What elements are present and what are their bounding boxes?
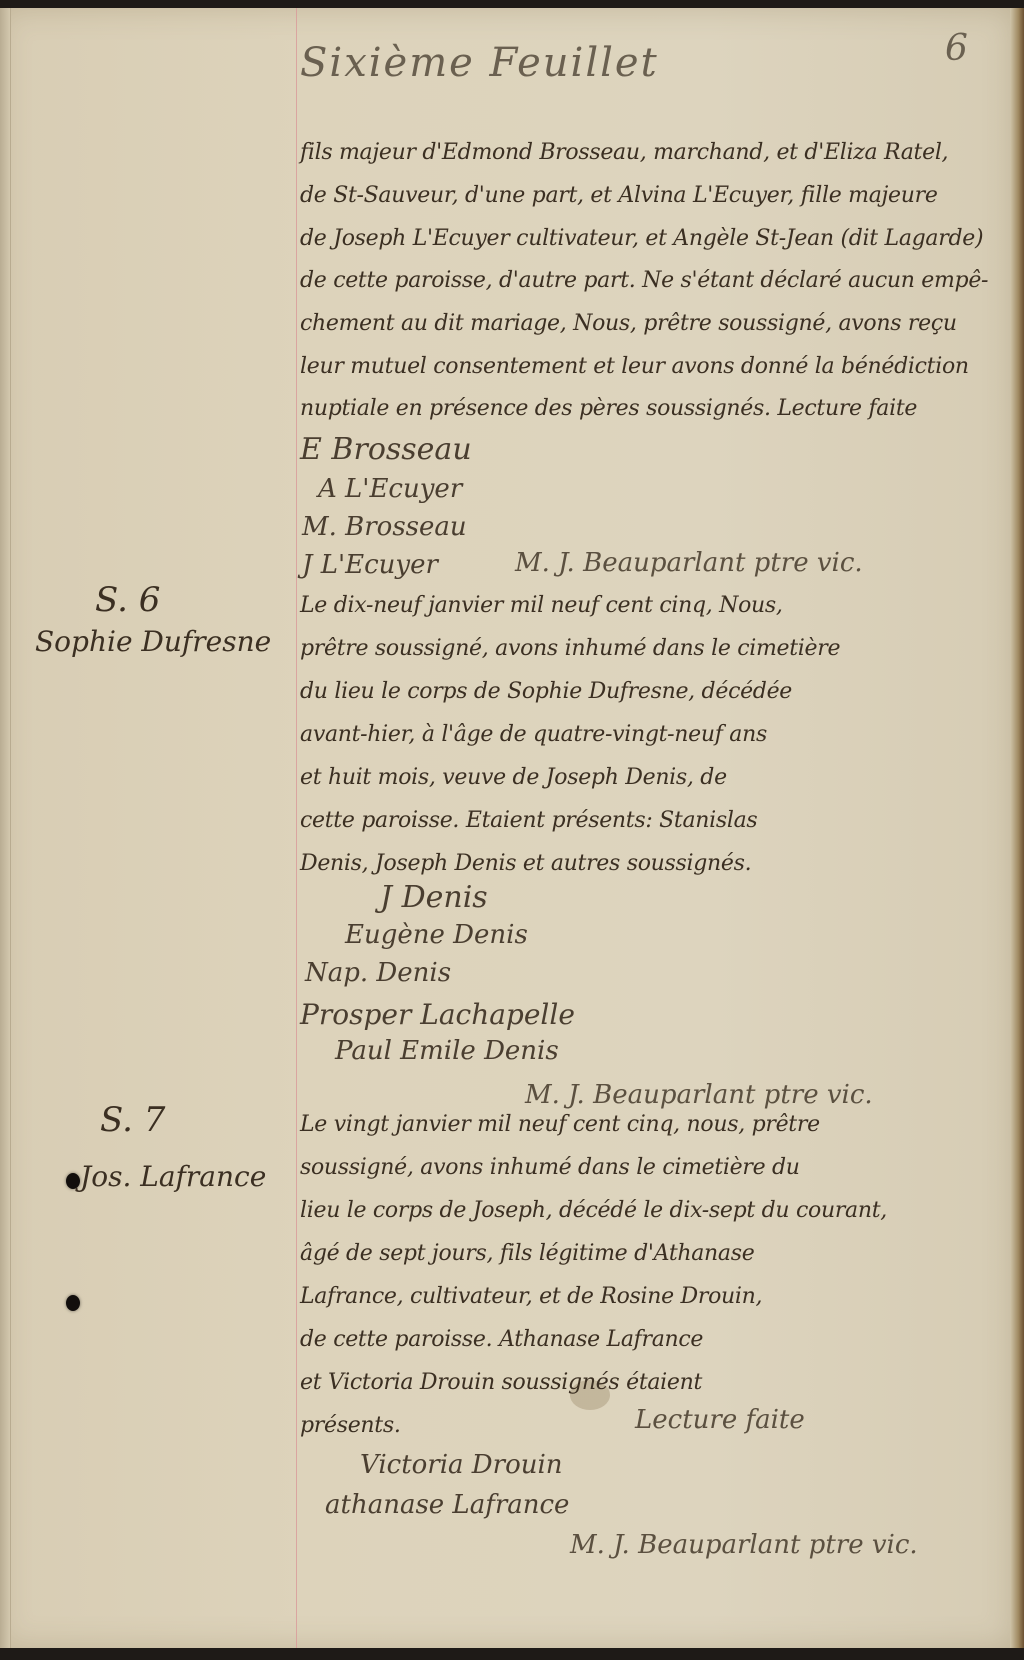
entry-line: nuptiale en présence des pères soussigné… (300, 396, 917, 421)
entry-line: de cette paroisse. Athanase Lafrance (300, 1327, 703, 1352)
page-edge-right (1010, 8, 1024, 1648)
priest-signature: M. J. Beauparlant ptre vic. (515, 548, 863, 578)
signature: Paul Emile Denis (335, 1036, 559, 1066)
reading-note: Lecture faite (635, 1405, 805, 1435)
page-edge-left (0, 8, 10, 1648)
entry-line: du lieu le corps de Sophie Dufresne, déc… (300, 679, 792, 704)
entry-line: cette paroisse. Etaient présents: Stanis… (300, 808, 757, 833)
signature: M. Brosseau (302, 512, 467, 542)
entry-line: et Victoria Drouin soussignés étaient (300, 1370, 702, 1395)
entry-line: chement au dit mariage, Nous, prêtre sou… (300, 311, 957, 336)
entry-line: Lafrance, cultivateur, et de Rosine Drou… (300, 1284, 762, 1309)
binding-hole (66, 1295, 80, 1311)
entry-line: Denis, Joseph Denis et autres soussignés… (300, 851, 751, 876)
entry-line: lieu le corps de Joseph, décédé le dix-s… (300, 1198, 887, 1223)
signature: J Denis (380, 880, 488, 915)
page-number: 6 (945, 28, 968, 69)
entry-line: prêtre soussigné, avons inhumé dans le c… (300, 636, 840, 661)
binding-hole (66, 1173, 80, 1189)
margin-entry-code: S. 6 (95, 580, 160, 620)
entry-line: fils majeur d'Edmond Brosseau, marchand,… (300, 140, 948, 165)
entry-line: avant-hier, à l'âge de quatre-vingt-neuf… (300, 722, 767, 747)
priest-signature: M. J. Beauparlant ptre vic. (570, 1530, 918, 1560)
entry-line: Le vingt janvier mil neuf cent cinq, nou… (300, 1112, 820, 1137)
entry-line: Le dix-neuf janvier mil neuf cent cinq, … (300, 593, 783, 618)
signature: J L'Ecuyer (302, 550, 438, 580)
priest-signature: M. J. Beauparlant ptre vic. (525, 1080, 873, 1110)
entry-line: soussigné, avons inhumé dans le cimetièr… (300, 1155, 800, 1180)
signature: athanase Lafrance (325, 1490, 569, 1520)
entry-line: de Joseph L'Ecuyer cultivateur, et Angèl… (300, 226, 983, 251)
signature: Eugène Denis (345, 920, 528, 950)
margin-rule-line (296, 8, 297, 1648)
signature: Prosper Lachapelle (300, 998, 575, 1031)
signature: Nap. Denis (305, 958, 451, 988)
margin-entry-name: Sophie Dufresne (35, 625, 271, 658)
entry-line: présents. (300, 1413, 401, 1438)
page-title: Sixième Feuillet (300, 40, 659, 86)
entry-line: leur mutuel consentement et leur avons d… (300, 354, 969, 379)
signature: E Brosseau (300, 432, 472, 467)
entry-line: de cette paroisse, d'autre part. Ne s'ét… (300, 268, 988, 293)
signature: A L'Ecuyer (318, 474, 462, 504)
entry-line: âgé de sept jours, fils légitime d'Athan… (300, 1241, 754, 1266)
signature: Victoria Drouin (360, 1450, 563, 1480)
entry-line: et huit mois, veuve de Joseph Denis, de (300, 765, 727, 790)
margin-entry-name: Jos. Lafrance (80, 1160, 266, 1193)
binding-fold-line (10, 8, 11, 1648)
entry-line: de St-Sauveur, d'une part, et Alvina L'E… (300, 183, 938, 208)
margin-entry-code: S. 7 (100, 1100, 165, 1140)
